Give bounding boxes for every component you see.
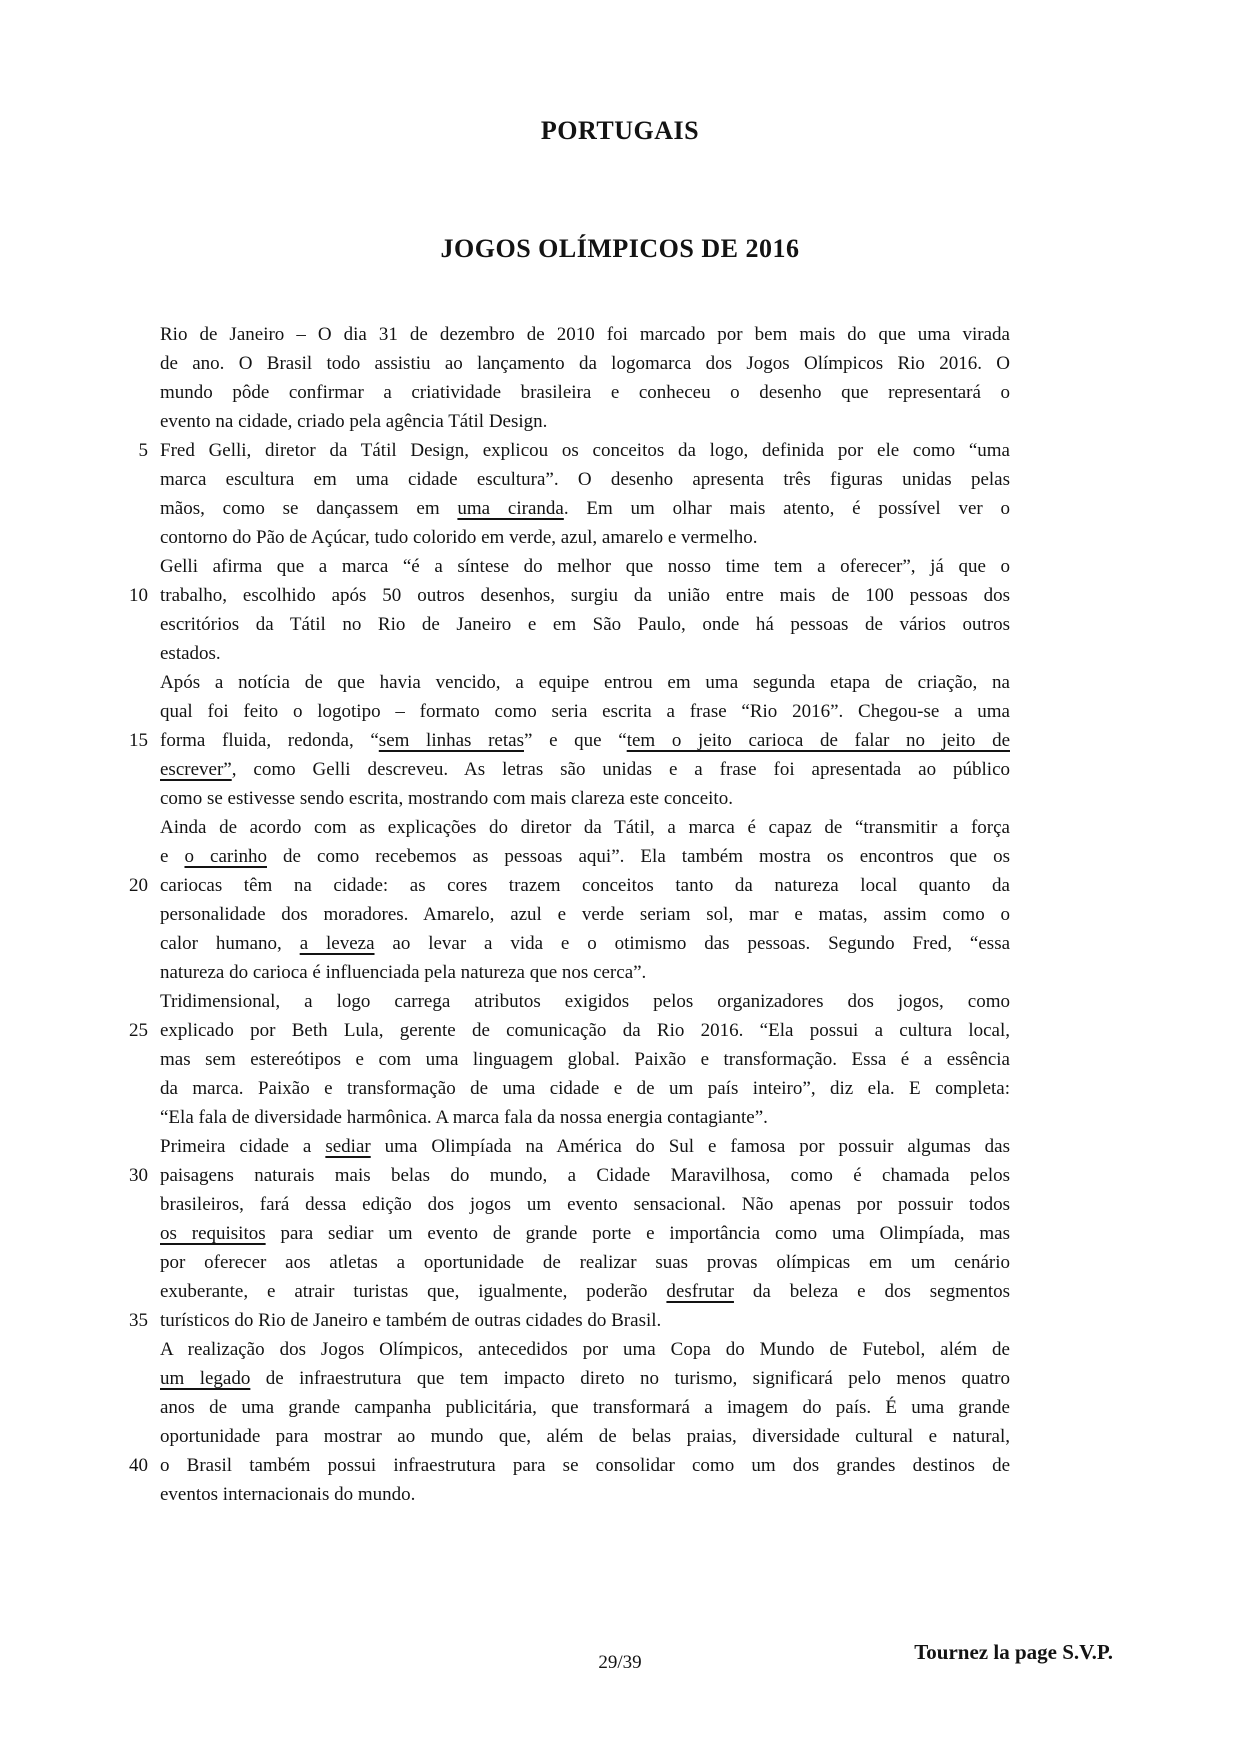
- text-segment: mundo pôde confirmar a criatividade bras…: [160, 382, 1010, 403]
- text-line: 15forma fluida, redonda, “sem linhas ret…: [100, 726, 1010, 755]
- text-line-content: os requisitos para sediar um evento de g…: [160, 1219, 1010, 1248]
- text-segment: cariocas têm na cidade: as cores trazem …: [160, 875, 1010, 896]
- text-line-content: exuberante, e atrair turistas que, igual…: [160, 1277, 1010, 1306]
- text-line-content: personalidade dos moradores. Amarelo, az…: [160, 900, 1010, 929]
- text-line-content: brasileiros, fará dessa edição dos jogos…: [160, 1190, 1010, 1219]
- text-segment: por oferecer aos atletas a oportunidade …: [160, 1252, 1010, 1273]
- underlined-phrase: sediar: [325, 1136, 370, 1157]
- text-line-content: um legado de infraestrutura que tem impa…: [160, 1364, 1010, 1393]
- text-line: calor humano, a leveza ao levar a vida e…: [100, 929, 1010, 958]
- text-line: estados.: [100, 639, 1010, 668]
- text-line-content: contorno do Pão de Açúcar, tudo colorido…: [160, 523, 1010, 552]
- text-line: 30paisagens naturais mais belas do mundo…: [100, 1161, 1010, 1190]
- text-line: escrever”, como Gelli descreveu. As letr…: [100, 755, 1010, 784]
- text-segment: e: [160, 846, 184, 867]
- text-line-content: explicado por Beth Lula, gerente de comu…: [160, 1016, 1010, 1045]
- underlined-phrase: desfrutar: [666, 1281, 734, 1302]
- text-line-content: evento na cidade, criado pela agência Tá…: [160, 407, 1010, 436]
- text-segment: personalidade dos moradores. Amarelo, az…: [160, 904, 1010, 925]
- underlined-phrase: uma ciranda: [457, 498, 563, 519]
- line-number: 10: [100, 581, 148, 610]
- underlined-phrase: o carinho: [184, 846, 267, 867]
- text-line-content: Fred Gelli, diretor da Tátil Design, exp…: [160, 436, 1010, 465]
- text-line: evento na cidade, criado pela agência Tá…: [100, 407, 1010, 436]
- text-line-content: marca escultura em uma cidade escultura”…: [160, 465, 1010, 494]
- text-line-content: estados.: [160, 639, 1010, 668]
- text-line: natureza do carioca é influenciada pela …: [100, 958, 1010, 987]
- text-line: e o carinho de como recebemos as pessoas…: [100, 842, 1010, 871]
- text-segment: A realização dos Jogos Olímpicos, antece…: [160, 1339, 1010, 1360]
- text-segment: Fred Gelli, diretor da Tátil Design, exp…: [160, 440, 1010, 461]
- text-line: Tridimensional, a logo carrega atributos…: [100, 987, 1010, 1016]
- text-line-content: mãos, como se dançassem em uma ciranda. …: [160, 494, 1010, 523]
- underlined-phrase: os requisitos: [160, 1223, 266, 1244]
- article-title: JOGOS OLÍMPICOS DE 2016: [0, 234, 1240, 264]
- turn-page-instruction: Tournez la page S.V.P.: [914, 1640, 1113, 1665]
- text-segment: oportunidade para mostrar ao mundo que, …: [160, 1426, 1010, 1447]
- line-number: 30: [100, 1161, 148, 1190]
- text-segment: . Em um olhar mais atento, é possível ve…: [564, 498, 1010, 519]
- text-segment: contorno do Pão de Açúcar, tudo colorido…: [160, 527, 758, 548]
- text-segment: como se estivesse sendo escrita, mostran…: [160, 788, 733, 809]
- text-segment: mas sem estereótipos e com uma linguagem…: [160, 1049, 1010, 1070]
- text-line-content: escrever”, como Gelli descreveu. As letr…: [160, 755, 1010, 784]
- text-segment: forma fluida, redonda, “: [160, 730, 379, 751]
- text-segment: estados.: [160, 643, 221, 664]
- text-line-content: turísticos do Rio de Janeiro e também de…: [160, 1306, 1010, 1335]
- line-number: 15: [100, 726, 148, 755]
- text-line: Ainda de acordo com as explicações do di…: [100, 813, 1010, 842]
- text-segment: turísticos do Rio de Janeiro e também de…: [160, 1310, 661, 1331]
- text-segment: Gelli afirma que a marca “é a síntese do…: [160, 556, 1010, 577]
- text-segment: explicado por Beth Lula, gerente de comu…: [160, 1020, 1010, 1041]
- text-segment: Ainda de acordo com as explicações do di…: [160, 817, 1010, 838]
- underlined-phrase: sem linhas retas: [379, 730, 524, 751]
- text-line: exuberante, e atrair turistas que, igual…: [100, 1277, 1010, 1306]
- text-line: de ano. O Brasil todo assistiu ao lançam…: [100, 349, 1010, 378]
- text-line-content: Gelli afirma que a marca “é a síntese do…: [160, 552, 1010, 581]
- text-line: da marca. Paixão e transformação de uma …: [100, 1074, 1010, 1103]
- text-line-content: de ano. O Brasil todo assistiu ao lançam…: [160, 349, 1010, 378]
- text-segment: natureza do carioca é influenciada pela …: [160, 962, 646, 983]
- text-line: personalidade dos moradores. Amarelo, az…: [100, 900, 1010, 929]
- text-line: 25explicado por Beth Lula, gerente de co…: [100, 1016, 1010, 1045]
- text-segment: trabalho, escolhido após 50 outros desen…: [160, 585, 1010, 606]
- text-segment: “Ela fala de diversidade harmônica. A ma…: [160, 1107, 768, 1128]
- text-segment: uma Olimpíada na América do Sul e famosa…: [371, 1136, 1010, 1157]
- text-line-content: “Ela fala de diversidade harmônica. A ma…: [160, 1103, 1010, 1132]
- text-segment: da marca. Paixão e transformação de uma …: [160, 1078, 1010, 1099]
- text-line-content: A realização dos Jogos Olímpicos, antece…: [160, 1335, 1010, 1364]
- text-segment: escritórios da Tátil no Rio de Janeiro e…: [160, 614, 1010, 635]
- text-segment: evento na cidade, criado pela agência Tá…: [160, 411, 547, 432]
- text-line-content: natureza do carioca é influenciada pela …: [160, 958, 1010, 987]
- text-line: contorno do Pão de Açúcar, tudo colorido…: [100, 523, 1010, 552]
- text-line-content: trabalho, escolhido após 50 outros desen…: [160, 581, 1010, 610]
- text-segment: Após a notícia de que havia vencido, a e…: [160, 672, 1010, 693]
- underlined-phrase: escrever”: [160, 759, 232, 780]
- text-line: 10trabalho, escolhido após 50 outros des…: [100, 581, 1010, 610]
- text-line: mundo pôde confirmar a criatividade bras…: [100, 378, 1010, 407]
- underlined-phrase: um legado: [160, 1368, 250, 1389]
- text-line: mas sem estereótipos e com uma linguagem…: [100, 1045, 1010, 1074]
- text-line: Após a notícia de que havia vencido, a e…: [100, 668, 1010, 697]
- text-segment: de como recebemos as pessoas aqui”. Ela …: [267, 846, 1010, 867]
- text-segment: de infraestrutura que tem impacto direto…: [250, 1368, 1010, 1389]
- text-segment: ” e que “: [524, 730, 627, 751]
- text-segment: da beleza e dos segmentos: [734, 1281, 1010, 1302]
- text-line-content: o Brasil também possui infraestrutura pa…: [160, 1451, 1010, 1480]
- text-line: 40o Brasil também possui infraestrutura …: [100, 1451, 1010, 1480]
- text-line-content: Primeira cidade a sediar uma Olimpíada n…: [160, 1132, 1010, 1161]
- text-line-content: como se estivesse sendo escrita, mostran…: [160, 784, 1010, 813]
- text-line-content: mas sem estereótipos e com uma linguagem…: [160, 1045, 1010, 1074]
- text-line-content: forma fluida, redonda, “sem linhas retas…: [160, 726, 1010, 755]
- text-segment: Tridimensional, a logo carrega atributos…: [160, 991, 1010, 1012]
- text-line: brasileiros, fará dessa edição dos jogos…: [100, 1190, 1010, 1219]
- text-line: como se estivesse sendo escrita, mostran…: [100, 784, 1010, 813]
- text-line: “Ela fala de diversidade harmônica. A ma…: [100, 1103, 1010, 1132]
- article-body: Rio de Janeiro – O dia 31 de dezembro de…: [100, 320, 1010, 1509]
- text-segment: , como Gelli descreveu. As letras são un…: [232, 759, 1010, 780]
- text-line-content: da marca. Paixão e transformação de uma …: [160, 1074, 1010, 1103]
- line-number: 40: [100, 1451, 148, 1480]
- line-number: 35: [100, 1306, 148, 1335]
- text-line-content: mundo pôde confirmar a criatividade bras…: [160, 378, 1010, 407]
- text-line-content: Tridimensional, a logo carrega atributos…: [160, 987, 1010, 1016]
- text-line: mãos, como se dançassem em uma ciranda. …: [100, 494, 1010, 523]
- text-line: um legado de infraestrutura que tem impa…: [100, 1364, 1010, 1393]
- text-line: Primeira cidade a sediar uma Olimpíada n…: [100, 1132, 1010, 1161]
- document-page: PORTUGAIS JOGOS OLÍMPICOS DE 2016 Rio de…: [0, 0, 1240, 1754]
- text-line-content: Ainda de acordo com as explicações do di…: [160, 813, 1010, 842]
- text-segment: Rio de Janeiro – O dia 31 de dezembro de…: [160, 324, 1010, 345]
- text-segment: anos de uma grande campanha publicitária…: [160, 1397, 1010, 1418]
- text-line-content: cariocas têm na cidade: as cores trazem …: [160, 871, 1010, 900]
- text-line-content: paisagens naturais mais belas do mundo, …: [160, 1161, 1010, 1190]
- text-segment: mãos, como se dançassem em: [160, 498, 457, 519]
- text-line: Rio de Janeiro – O dia 31 de dezembro de…: [100, 320, 1010, 349]
- text-segment: de ano. O Brasil todo assistiu ao lançam…: [160, 353, 1010, 374]
- text-line: os requisitos para sediar um evento de g…: [100, 1219, 1010, 1248]
- text-segment: brasileiros, fará dessa edição dos jogos…: [160, 1194, 1010, 1215]
- line-number: 5: [100, 436, 148, 465]
- line-number: 25: [100, 1016, 148, 1045]
- text-line-content: escritórios da Tátil no Rio de Janeiro e…: [160, 610, 1010, 639]
- text-line: A realização dos Jogos Olímpicos, antece…: [100, 1335, 1010, 1364]
- text-line: por oferecer aos atletas a oportunidade …: [100, 1248, 1010, 1277]
- text-line-content: e o carinho de como recebemos as pessoas…: [160, 842, 1010, 871]
- underlined-phrase: tem o jeito carioca de falar no jeito de: [627, 730, 1010, 751]
- text-segment: marca escultura em uma cidade escultura”…: [160, 469, 1010, 490]
- text-line: 35turísticos do Rio de Janeiro e também …: [100, 1306, 1010, 1335]
- text-segment: paisagens naturais mais belas do mundo, …: [160, 1165, 1010, 1186]
- text-segment: ao levar a vida e o otimismo das pessoas…: [375, 933, 1010, 954]
- line-number: 20: [100, 871, 148, 900]
- text-line-content: por oferecer aos atletas a oportunidade …: [160, 1248, 1010, 1277]
- text-line: qual foi feito o logotipo – formato como…: [100, 697, 1010, 726]
- text-line: 20cariocas têm na cidade: as cores traze…: [100, 871, 1010, 900]
- text-line-content: oportunidade para mostrar ao mundo que, …: [160, 1422, 1010, 1451]
- text-line-content: calor humano, a leveza ao levar a vida e…: [160, 929, 1010, 958]
- text-line: escritórios da Tátil no Rio de Janeiro e…: [100, 610, 1010, 639]
- text-segment: eventos internacionais do mundo.: [160, 1484, 415, 1505]
- text-line-content: anos de uma grande campanha publicitária…: [160, 1393, 1010, 1422]
- text-line-content: eventos internacionais do mundo.: [160, 1480, 1010, 1509]
- text-segment: Primeira cidade a: [160, 1136, 325, 1157]
- underlined-phrase: a leveza: [300, 933, 375, 954]
- text-line: 5Fred Gelli, diretor da Tátil Design, ex…: [100, 436, 1010, 465]
- text-line-content: qual foi feito o logotipo – formato como…: [160, 697, 1010, 726]
- text-segment: calor humano,: [160, 933, 300, 954]
- text-segment: o Brasil também possui infraestrutura pa…: [160, 1455, 1010, 1476]
- text-segment: para sediar um evento de grande porte e …: [266, 1223, 1010, 1244]
- text-line: Gelli afirma que a marca “é a síntese do…: [100, 552, 1010, 581]
- page-title: PORTUGAIS: [0, 116, 1240, 146]
- text-line: marca escultura em uma cidade escultura”…: [100, 465, 1010, 494]
- text-line-content: Após a notícia de que havia vencido, a e…: [160, 668, 1010, 697]
- text-segment: exuberante, e atrair turistas que, igual…: [160, 1281, 666, 1302]
- text-line-content: Rio de Janeiro – O dia 31 de dezembro de…: [160, 320, 1010, 349]
- text-line: eventos internacionais do mundo.: [100, 1480, 1010, 1509]
- text-segment: qual foi feito o logotipo – formato como…: [160, 701, 1010, 722]
- text-line: oportunidade para mostrar ao mundo que, …: [100, 1422, 1010, 1451]
- text-line: anos de uma grande campanha publicitária…: [100, 1393, 1010, 1422]
